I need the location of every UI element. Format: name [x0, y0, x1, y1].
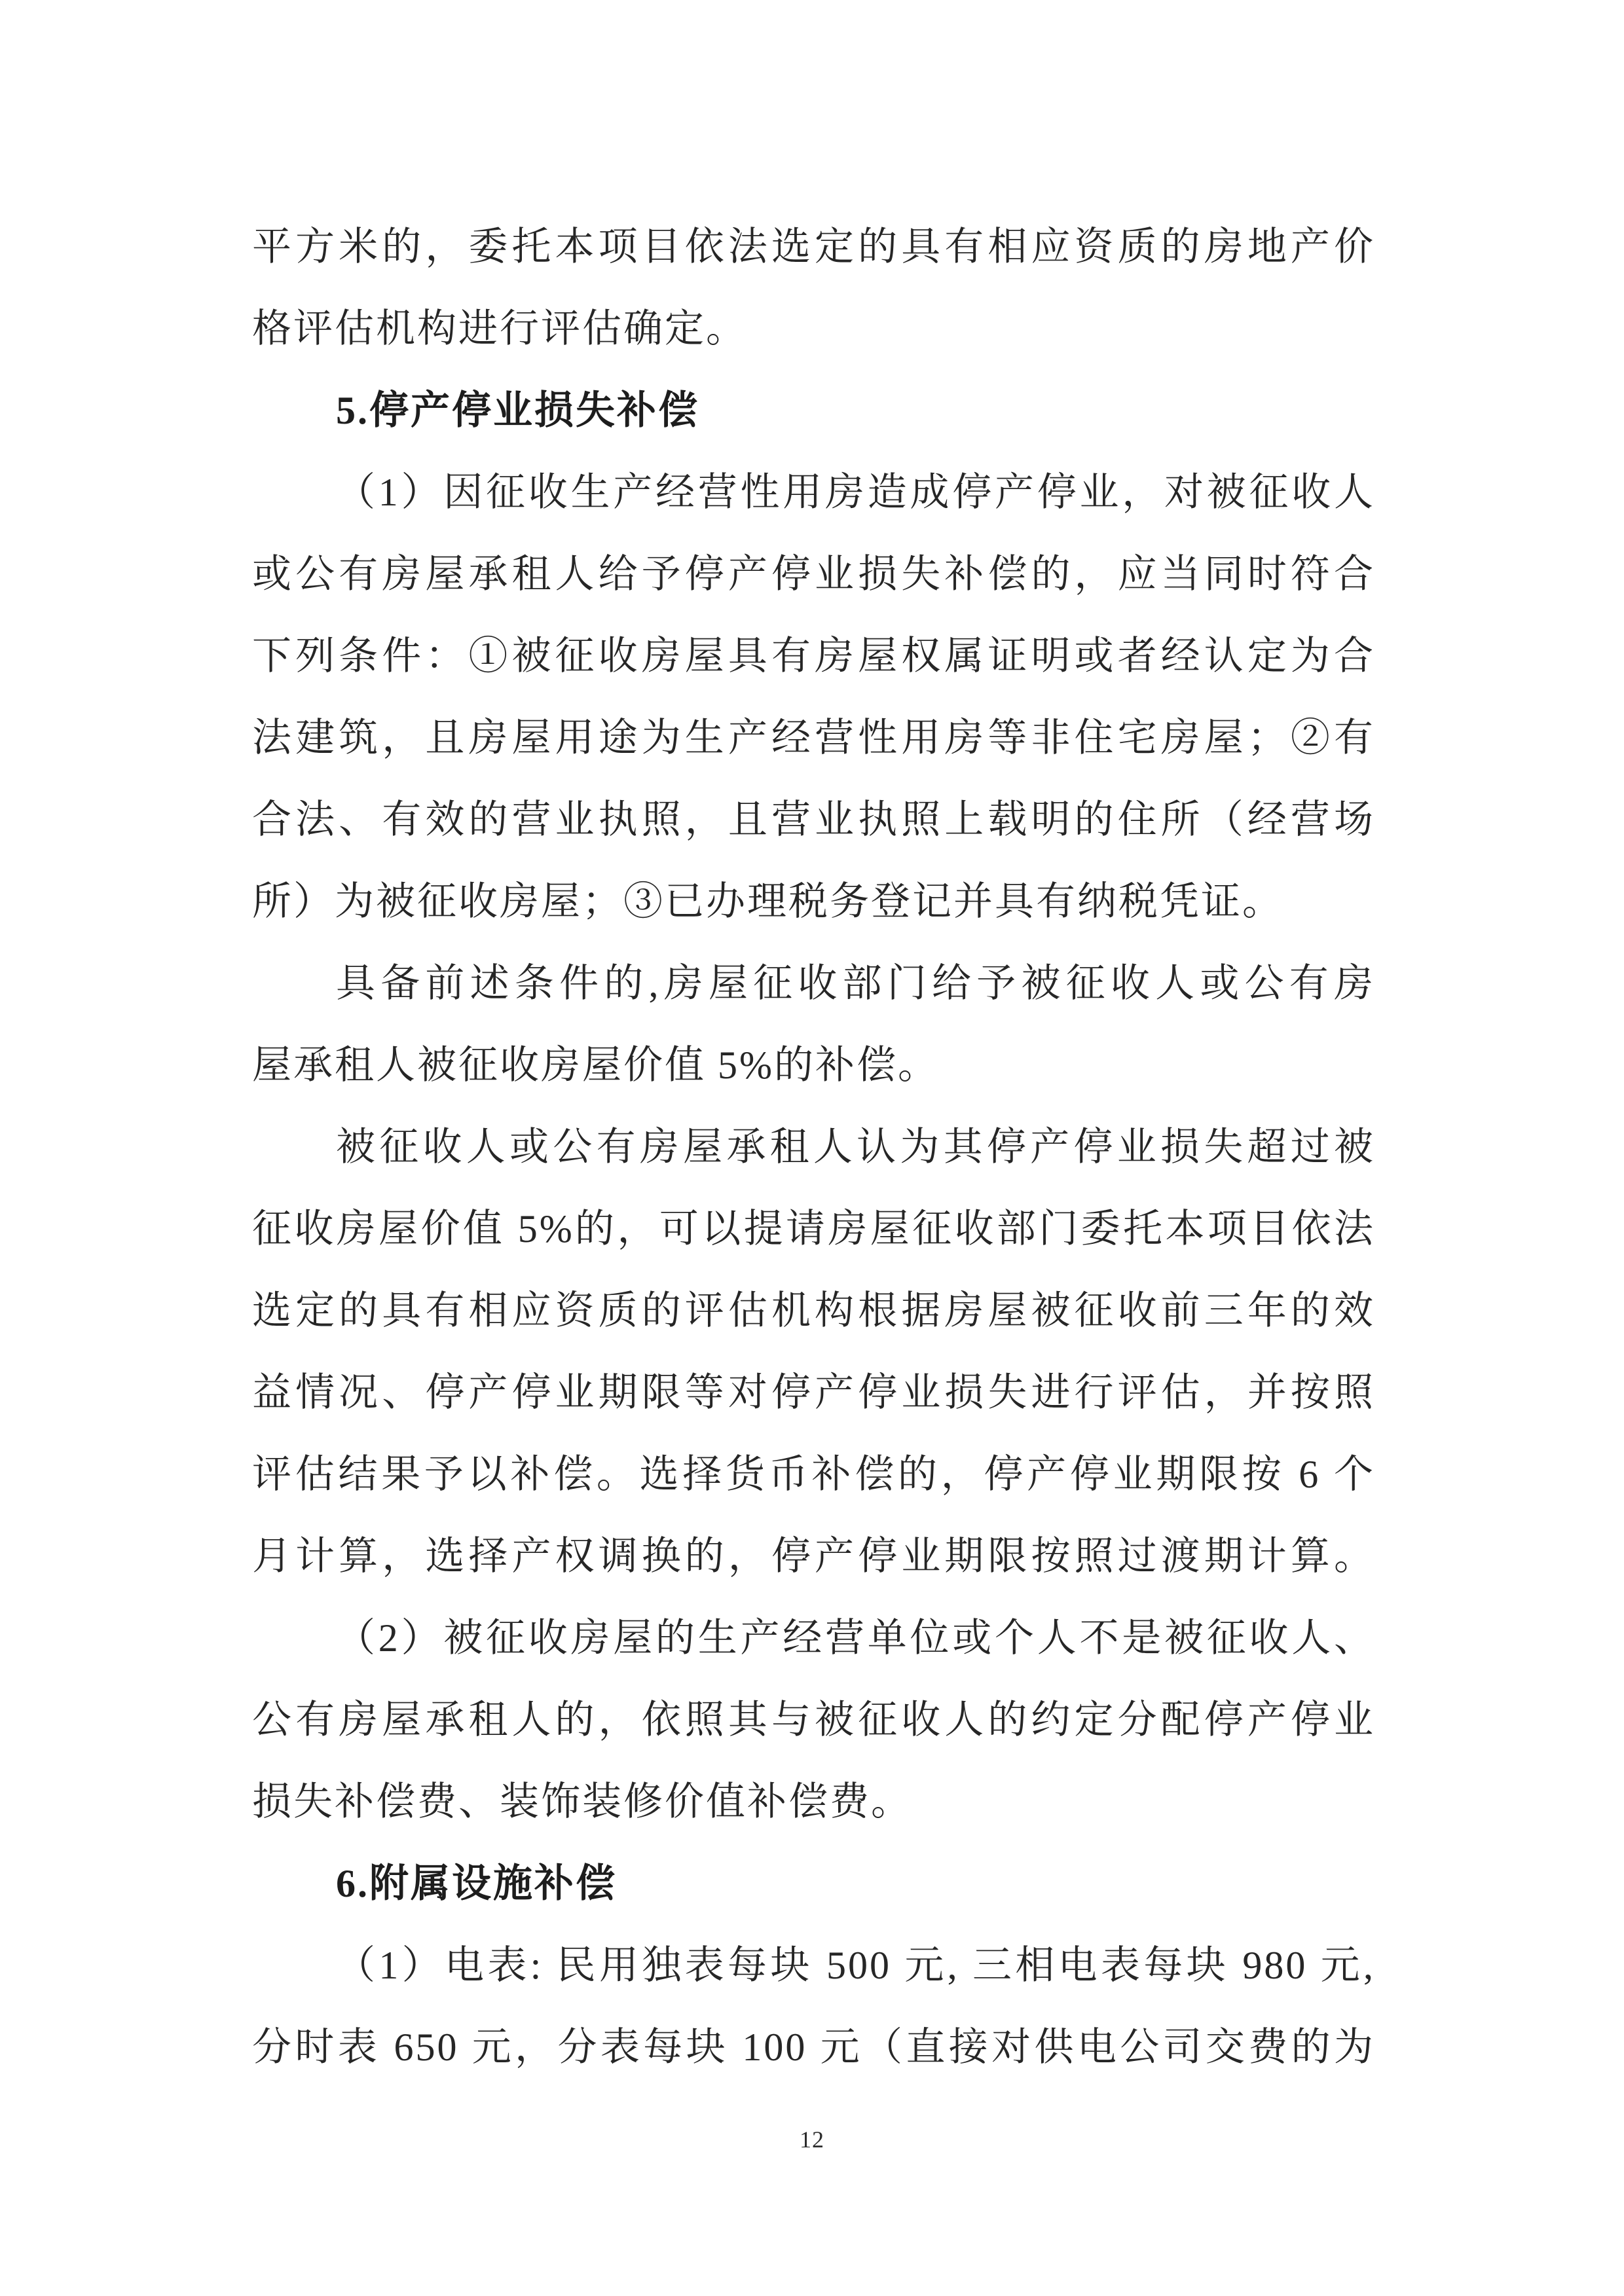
text-line: 分时表 650 元，分表每块 100 元（直接对供电公司交费的为	[252, 2007, 1375, 2088]
text-line: 损失补偿费、装饰装修价值补偿费。	[252, 1761, 1375, 1843]
text-line: 法建筑，且房屋用途为生产经营性用房等非住宅房屋；②有	[252, 697, 1375, 779]
document-body: 平方米的，委托本项目依法选定的具有相应资质的房地产价格评估机构进行评估确定。5.…	[252, 206, 1375, 2088]
text-line: 评估结果予以补偿。选择货币补偿的，停产停业期限按 6 个	[252, 1434, 1375, 1516]
text-line: 公有房屋承租人的，依照其与被征收人的约定分配停产停业	[252, 1679, 1375, 1761]
text-line: 5.停产停业损失补偿	[252, 370, 1375, 452]
text-line: 6.附属设施补偿	[252, 1843, 1375, 1925]
text-line: 月计算，选择产权调换的，停产停业期限按照过渡期计算。	[252, 1516, 1375, 1597]
text-line: （1）电表: 民用独表每块 500 元, 三相电表每块 980 元,	[252, 1925, 1375, 2007]
text-line: 平方米的，委托本项目依法选定的具有相应资质的房地产价	[252, 206, 1375, 288]
text-line: 征收房屋价值 5%的，可以提请房屋征收部门委托本项目依法	[252, 1188, 1375, 1270]
text-line: （1）因征收生产经营性用房造成停产停业，对被征收人	[252, 452, 1375, 534]
text-line: （2）被征收房屋的生产经营单位或个人不是被征收人、	[252, 1597, 1375, 1679]
text-line: 或公有房屋承租人给予停产停业损失补偿的，应当同时符合	[252, 534, 1375, 615]
text-line: 屋承租人被征收房屋价值 5%的补偿。	[252, 1025, 1375, 1106]
text-line: 所）为被征收房屋；③已办理税务登记并具有纳税凭证。	[252, 861, 1375, 943]
text-line: 被征收人或公有房屋承租人认为其停产停业损失超过被	[252, 1106, 1375, 1188]
text-line: 益情况、停产停业期限等对停产停业损失进行评估，并按照	[252, 1352, 1375, 1434]
text-line: 格评估机构进行评估确定。	[252, 288, 1375, 370]
document-page: 平方米的，委托本项目依法选定的具有相应资质的房地产价格评估机构进行评估确定。5.…	[0, 0, 1624, 2296]
text-line: 下列条件：①被征收房屋具有房屋权属证明或者经认定为合	[252, 615, 1375, 697]
page-number: 12	[0, 2120, 1624, 2159]
text-line: 选定的具有相应资质的评估机构根据房屋被征收前三年的效	[252, 1270, 1375, 1352]
text-line: 具备前述条件的,房屋征收部门给予被征收人或公有房	[252, 943, 1375, 1025]
text-line: 合法、有效的营业执照，且营业执照上载明的住所（经营场	[252, 779, 1375, 861]
